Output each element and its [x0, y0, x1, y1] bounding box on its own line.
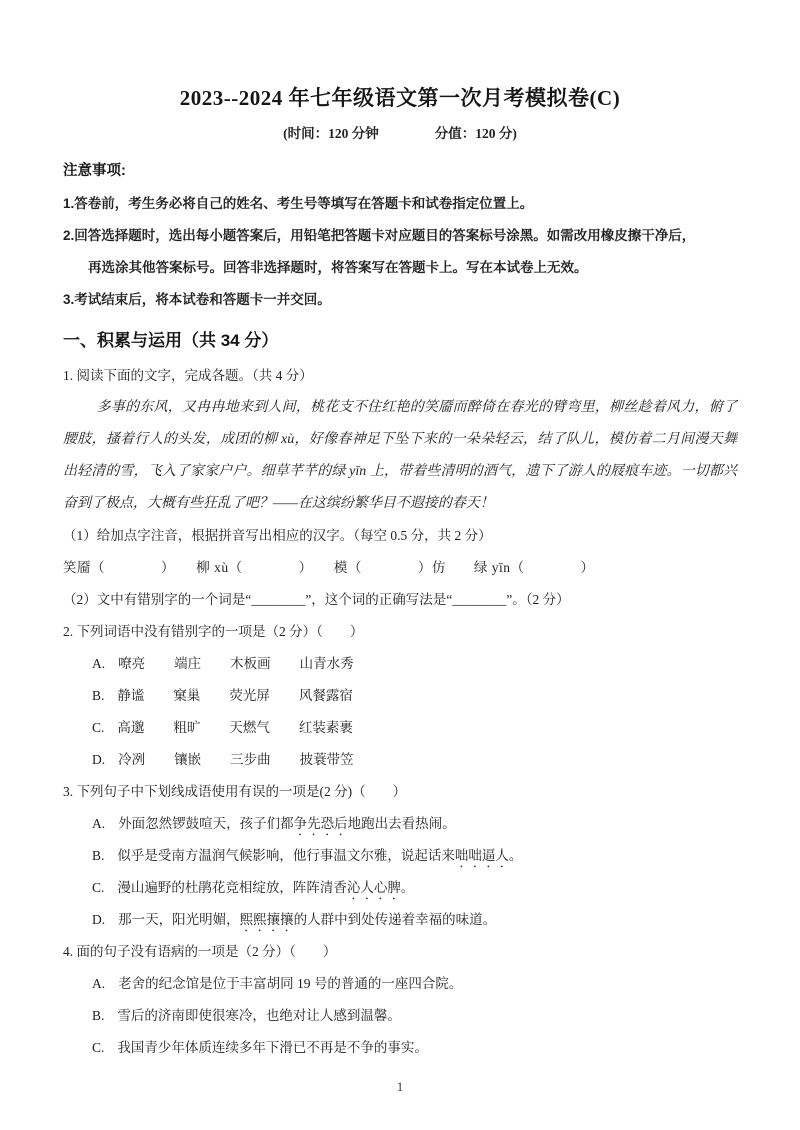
- sentence-post: 。: [509, 848, 523, 863]
- option-label: A.: [92, 968, 105, 1000]
- q3-option-d: D. 那一天，阳光明媚，熙熙攘攘的人群中到处传递着幸福的味道。: [63, 904, 737, 936]
- q3-option-a: A. 外面忽然锣鼓喧天，孩子们都争先恐后地跑出去看热闹。: [63, 808, 737, 840]
- option-sentence: 雪后的济南即使很寒冷，也绝对让人感到温馨。: [117, 1000, 401, 1032]
- option-word: 冷冽: [118, 744, 145, 776]
- option-label: C.: [92, 712, 104, 744]
- option-word: 荧光屏: [229, 680, 270, 712]
- q3-option-b: B. 似乎是受南方温润气候影响，他行事温文尔雅，说起话来咄咄逼人。: [63, 840, 737, 872]
- option-word: 嘹亮: [118, 648, 145, 680]
- sentence-pre: 外面忽然锣鼓喧天，孩子们都: [118, 816, 294, 831]
- option-label: A.: [92, 808, 105, 840]
- q3-option-c: C. 漫山遍野的杜鹃花竞相绽放，阵阵清香沁人心脾。: [63, 872, 737, 904]
- option-label: C.: [92, 1032, 104, 1064]
- q4-option-b: B. 雪后的济南即使很寒冷，也绝对让人感到温馨。: [63, 1000, 737, 1032]
- option-sentence: 那一天，阳光明媚，熙熙攘攘的人群中到处传递着幸福的味道。: [118, 904, 496, 936]
- question-1-sub-2: （2）文中有错别字的一个词是“________”，这个词的正确写法是“_____…: [63, 584, 737, 616]
- q4-option-a: A. 老舍的纪念馆是位于丰富胡同 19 号的普通的一座四合院。: [63, 968, 737, 1000]
- option-word: 静谧: [117, 680, 144, 712]
- option-word: 山青水秀: [300, 648, 354, 680]
- exam-time: (时间：120 分钟: [283, 122, 379, 142]
- option-label: D.: [92, 904, 105, 936]
- pinyin-blanks-line: 笑靥（ ） 柳 xù（ ） 模（ ）仿 绿 yīn（ ）: [63, 552, 737, 584]
- section-title: 一、积累与运用（共 34 分）: [63, 324, 737, 358]
- exam-score: 分值：120 分): [435, 122, 517, 142]
- emphasized-idiom: 咄咄逼人: [455, 848, 509, 863]
- notice-heading: 注意事项:: [63, 156, 737, 186]
- emphasized-idiom: 争先恐后: [294, 816, 348, 831]
- option-word: 镶嵌: [174, 744, 201, 776]
- option-word: 高邈: [117, 712, 144, 744]
- option-word: 木板画: [230, 648, 271, 680]
- notice-item-2-cont: 再选涂其他答案标号。回答非选择题时，将答案写在答题卡上。写在本试卷上无效。: [63, 252, 737, 284]
- question-1-stem: 1. 阅读下面的文字，完成各题。（共 4 分）: [63, 360, 737, 392]
- sentence-pre: 似乎是受南方温润气候影响，他行事温文尔雅，说起话来: [117, 848, 455, 863]
- option-label: B.: [92, 1000, 104, 1032]
- option-sentence: 似乎是受南方温润气候影响，他行事温文尔雅，说起话来咄咄逼人。: [117, 840, 522, 872]
- emphasized-idiom: 熙熙攘攘: [240, 912, 294, 927]
- option-word: 风餐露宿: [299, 680, 353, 712]
- q2-option-c: C. 高邈 粗旷 天燃气 红装素裹: [63, 712, 737, 744]
- question-1-sub-1: （1）给加点字注音，根据拼音写出相应的汉字。（每空 0.5 分，共 2 分）: [63, 520, 737, 552]
- q2-option-a: A. 嘹亮 端庄 木板画 山青水秀: [63, 648, 737, 680]
- notice-item-1: 1.答卷前，考生务必将自己的姓名、考生号等填写在答题卡和试卷指定位置上。: [63, 188, 737, 220]
- emphasized-idiom: 沁人心脾: [347, 880, 401, 895]
- option-label: C.: [92, 872, 104, 904]
- q4-option-c: C. 我国青少年体质连续多年下滑已不再是不争的事实。: [63, 1032, 737, 1064]
- exam-paper: 2023--2024 年七年级语文第一次月考模拟卷(C) (时间：120 分钟 …: [0, 0, 800, 1130]
- option-sentence: 漫山遍野的杜鹃花竞相绽放，阵阵清香沁人心脾。: [117, 872, 414, 904]
- sentence-pre: 漫山遍野的杜鹃花竞相绽放，阵阵清香: [117, 880, 347, 895]
- option-word: 三步曲: [230, 744, 271, 776]
- option-word: 披蓑带笠: [300, 744, 354, 776]
- question-4-stem: 4. 面的句子没有语病的一项是（2 分）（ ）: [63, 936, 737, 968]
- option-label: A.: [92, 648, 105, 680]
- page-title: 2023--2024 年七年级语文第一次月考模拟卷(C): [63, 82, 737, 112]
- q2-option-b: B. 静谧 窠巢 荧光屏 风餐露宿: [63, 680, 737, 712]
- page-number: 1: [63, 1080, 737, 1095]
- notice-item-3: 3.考试结束后，将本试卷和答题卡一并交回。: [63, 284, 737, 316]
- option-label: B.: [92, 680, 104, 712]
- option-word: 粗旷: [173, 712, 200, 744]
- notice-block: 注意事项: 1.答卷前，考生务必将自己的姓名、考生号等填写在答题卡和试卷指定位置…: [63, 156, 737, 316]
- sentence-post: 地跑出去看热闹。: [348, 816, 456, 831]
- sentence-post: 。: [401, 880, 415, 895]
- notice-item-2: 2.回答选择题时，选出每小题答案后，用铅笔把答题卡对应题目的答案标号涂黑。如需改…: [63, 220, 737, 252]
- question-2-stem: 2. 下列词语中没有错别字的一项是（2 分）（ ）: [63, 616, 737, 648]
- option-sentence: 老舍的纪念馆是位于丰富胡同 19 号的普通的一座四合院。: [118, 968, 462, 1000]
- option-word: 窠巢: [173, 680, 200, 712]
- q2-option-d: D. 冷冽 镶嵌 三步曲 披蓑带笠: [63, 744, 737, 776]
- option-sentence: 我国青少年体质连续多年下滑已不再是不争的事实。: [117, 1032, 428, 1064]
- option-label: B.: [92, 840, 104, 872]
- exam-meta: (时间：120 分钟 分值：120 分): [63, 122, 737, 142]
- option-word: 端庄: [174, 648, 201, 680]
- option-label: D.: [92, 744, 105, 776]
- sentence-pre: 那一天，阳光明媚，: [118, 912, 240, 927]
- option-word: 天燃气: [229, 712, 270, 744]
- option-sentence: 外面忽然锣鼓喧天，孩子们都争先恐后地跑出去看热闹。: [118, 808, 456, 840]
- sentence-post: 的人群中到处传递着幸福的味道。: [294, 912, 497, 927]
- reading-passage: 多事的东风，又冉冉地来到人间，桃花支不住红艳的笑靥而醉倚在春光的臂弯里，柳丝趁着…: [63, 392, 737, 520]
- question-3-stem: 3. 下列句子中下划线成语使用有误的一项是(2 分)（ ）: [63, 776, 737, 808]
- option-word: 红装素裹: [299, 712, 353, 744]
